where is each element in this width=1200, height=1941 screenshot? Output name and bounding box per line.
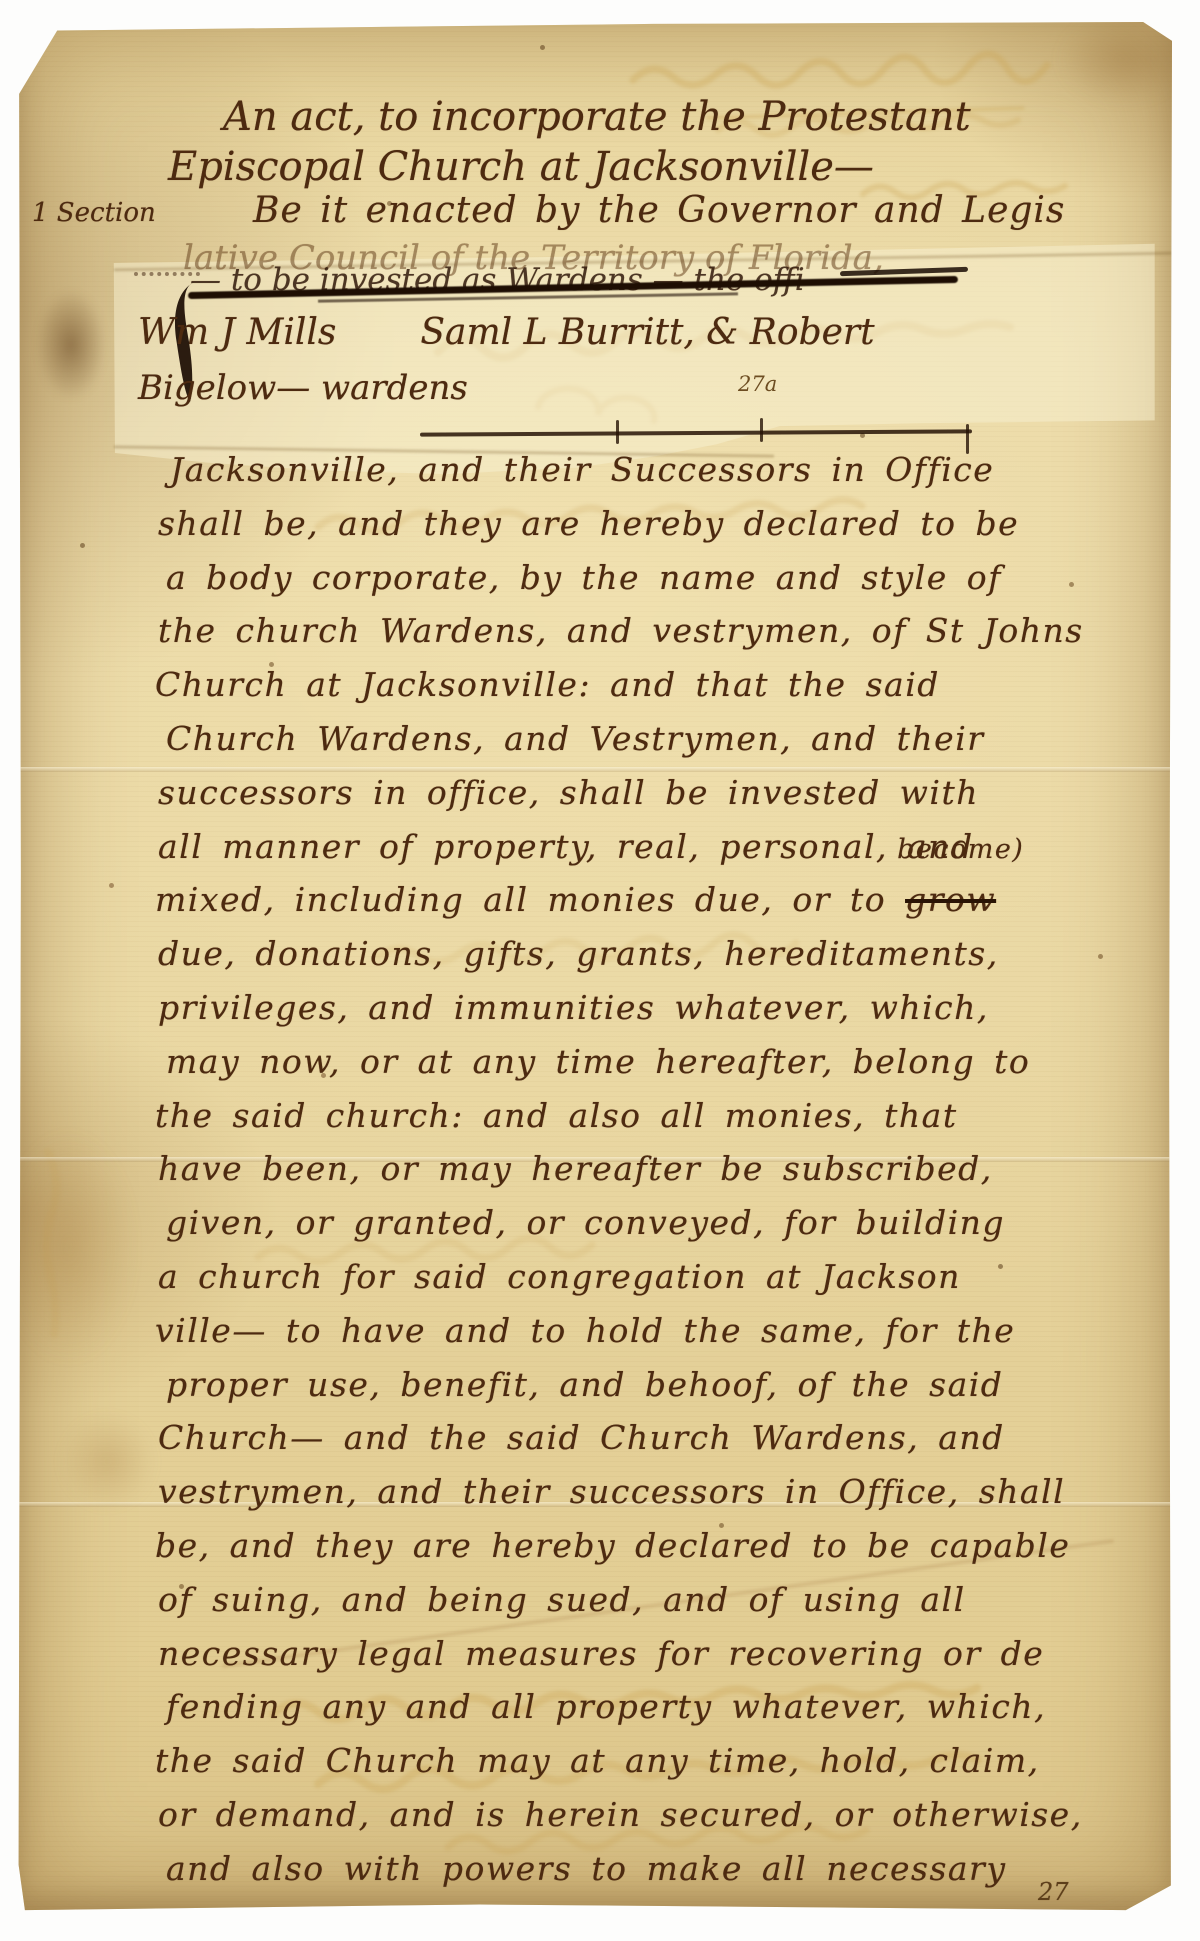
manuscript-line: be, and they are hereby declared to be c… [155,1519,1118,1573]
manuscript-line: the said Church may at any time, hold, c… [155,1734,1118,1788]
manuscript-line: privileges, and immunities whatever, whi… [158,981,1118,1035]
manuscript-line: have been, or may hereafter be subscribe… [158,1142,1118,1196]
foxing-specks [18,22,21,25]
manuscript-line: a body corporate, by the name and style … [166,551,1118,605]
manuscript-line: may now, or at any time hereafter, belon… [166,1035,1118,1089]
enacting-clause-line1: Be it enacted by the Governor and Legis [253,190,1065,231]
inserted-names-line2: Bigelow— wardens [138,368,468,408]
inserted-names-line: Wm J MillsSaml L Burritt, & Robert [138,312,875,353]
struck-word: grow [905,880,996,919]
page-number: 27 [1038,1878,1069,1906]
section-margin-note: 1 Section [32,198,156,228]
round-stain [60,1414,155,1509]
manuscript-line: Church Wardens, and Vestrymen, and their [166,712,1118,766]
water-stain [4,1132,134,1362]
manuscript-line: a church for said congregation at Jackso… [158,1250,1118,1304]
line-text: mixed, including all monies due, or to [155,880,886,919]
dotted-leader [134,272,200,276]
ink-stain [36,290,106,400]
manuscript-line: necessary legal measures for recovering … [158,1627,1118,1681]
ink-tick [760,418,763,442]
body-lines: Jacksonville, and their Successors in Of… [158,443,1118,1896]
manuscript-line: the said church: and also all monies, th… [155,1089,1118,1143]
document-title-line1: An act, to incorporate the Protestant [223,94,971,140]
manuscript-line: shall be, and they are hereby declared t… [158,497,1118,551]
warden-name-2: Saml L Burritt, & Robert [420,312,874,353]
manuscript-line: proper use, benefit, and behoof, of the … [166,1358,1118,1412]
manuscript-line: successors in office, shall be invested … [158,766,1118,820]
manuscript-line: the church Wardens, and vestrymen, of St… [158,604,1118,658]
manuscript-line: Church— and the said Church Wardens, and [158,1411,1118,1465]
manuscript-line: mixed, including all monies due, or to g… [155,873,1118,927]
manuscript-line: or demand, and is herein secured, or oth… [158,1788,1118,1842]
manuscript-line: fending any and all property whatever, w… [166,1680,1118,1734]
paper-sheet: An act, to incorporate the Protestant Ep… [18,22,1172,1912]
manuscript-line: ville— to have and to hold the same, for… [155,1304,1118,1358]
manuscript-line: given, or granted, or conveyed, for buil… [166,1196,1118,1250]
sheet-mark: 27a [738,372,777,396]
manuscript-line: due, donations, gifts, grants, hereditam… [158,927,1118,981]
manuscript-line: Church at Jacksonville: and that the sai… [155,658,1118,712]
manuscript-line: of suing, and being sued, and of using a… [158,1573,1118,1627]
ink-tick [616,420,619,444]
corner-stain [1058,14,1188,104]
interline-correction: growbecome) [905,880,996,919]
scanned-manuscript-page: An act, to incorporate the Protestant Ep… [0,0,1200,1941]
manuscript-line: Jacksonville, and their Successors in Of… [170,443,1118,497]
document-title-line2: Episcopal Church at Jacksonville— [168,144,874,190]
manuscript-line: and also with powers to make all necessa… [166,1842,1118,1896]
ink-rule [420,429,972,436]
inserted-word: become) [897,836,1024,863]
manuscript-line: vestrymen, and their successors in Offic… [158,1465,1118,1519]
warden-name-1: Wm J Mills [138,312,336,353]
